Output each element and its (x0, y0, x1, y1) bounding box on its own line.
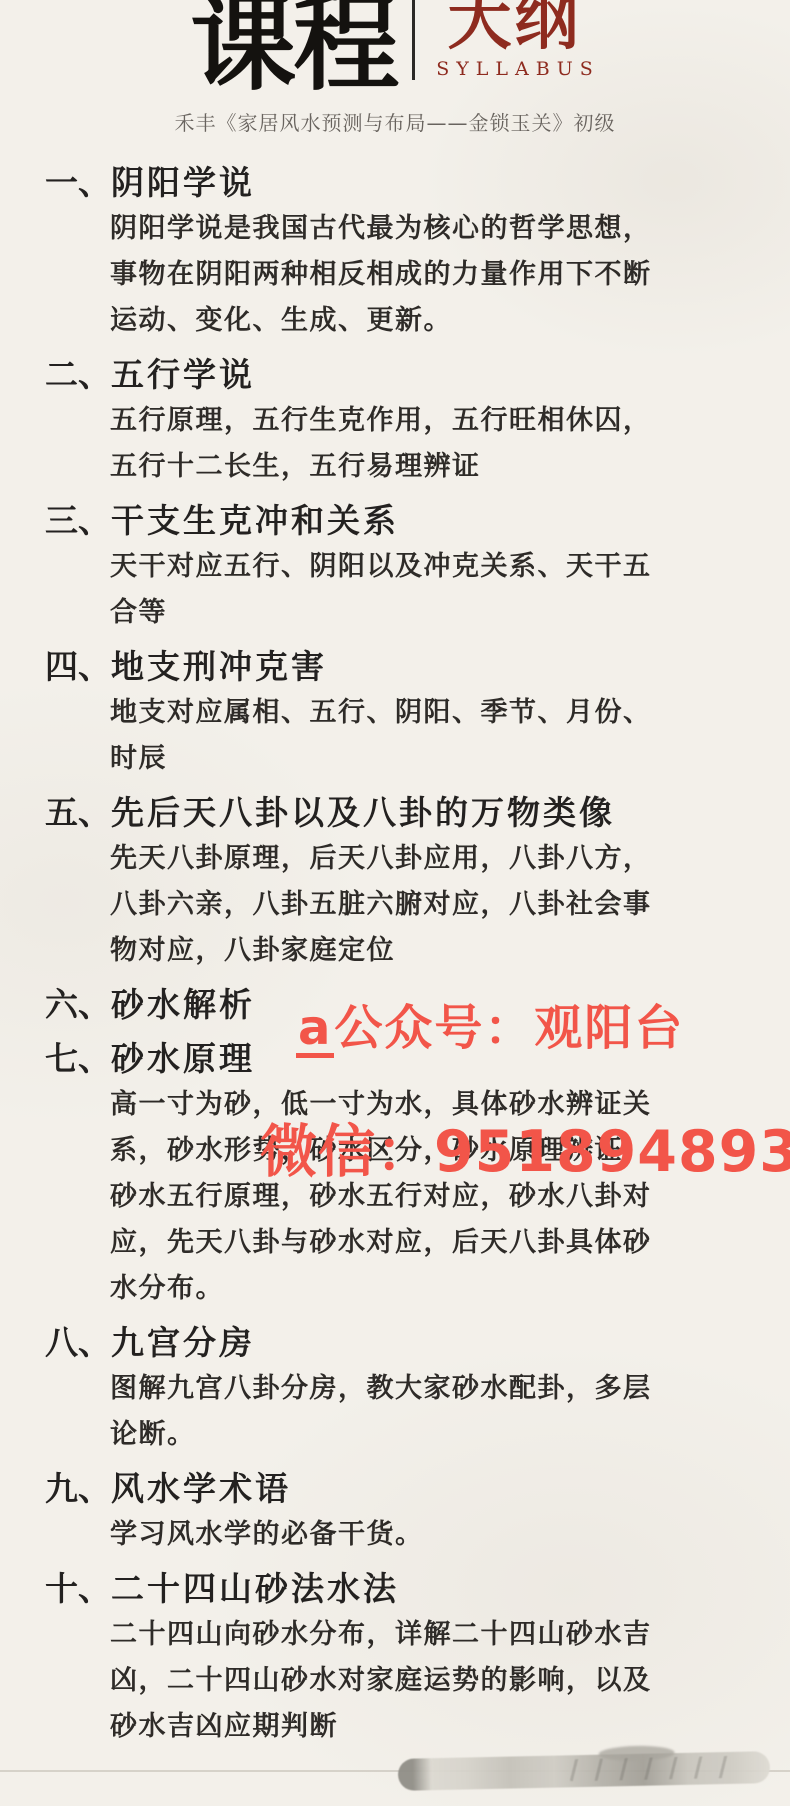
section-heading: 四、地支刑冲克害 (0, 644, 790, 690)
blurred-watermark-marks (565, 1756, 737, 1782)
section-1: 一、阴阳学说 阴阳学说是我国古代最为核心的哲学思想， 事物在阴阳两种相反相成的力… (0, 160, 790, 344)
section-title: 先后天八卦以及八卦的万物类像 (111, 790, 615, 836)
section-body: 阴阳学说是我国古代最为核心的哲学思想， 事物在阴阳两种相反相成的力量作用下不断 … (110, 206, 790, 344)
section-8: 八、九宫分房 图解九宫八卦分房，教大家砂水配卦，多层 论断。 (0, 1320, 790, 1458)
watermark-wechat-account: a公众号：观阳台 (296, 998, 684, 1058)
section-body: 先天八卦原理，后天八卦应用，八卦八方， 八卦六亲，八卦五脏六腑对应，八卦社会事 … (110, 836, 790, 974)
section-title: 砂水原理 (111, 1036, 255, 1082)
section-heading: 八、九宫分房 (0, 1320, 790, 1366)
title-right-block: 大纲 SYLLABUS (429, 0, 600, 80)
section-title: 九宫分房 (111, 1320, 255, 1366)
section-title: 地支刑冲克害 (111, 644, 327, 690)
title-main: 课程 (190, 0, 396, 103)
section-number: 四、 (45, 644, 111, 690)
section-number: 七、 (45, 1036, 111, 1082)
section-body: 二十四山向砂水分布，详解二十四山砂水吉 凶，二十四山砂水对家庭运势的影响，以及 … (110, 1612, 790, 1750)
section-3: 三、干支生克冲和关系 天干对应五行、阴阳以及冲克关系、天干五 合等 (0, 498, 790, 636)
syllabus-list: 一、阴阳学说 阴阳学说是我国古代最为核心的哲学思想， 事物在阴阳两种相反相成的力… (0, 136, 790, 1750)
section-number: 六、 (45, 982, 111, 1028)
title-english: SYLLABUS (429, 58, 600, 80)
section-body: 学习风水学的必备干货。 (110, 1512, 790, 1558)
section-number: 一、 (45, 160, 111, 206)
blurred-watermark (398, 1746, 771, 1796)
section-body: 五行原理，五行生克作用，五行旺相休囚， 五行十二长生，五行易理辨证 (110, 398, 790, 490)
course-subtitle: 禾丰《家居风水预测与布局——金锁玉关》初级 (0, 107, 790, 136)
section-title: 砂水解析 (111, 982, 255, 1028)
section-title: 五行学说 (111, 352, 255, 398)
section-heading: 二、五行学说 (0, 352, 790, 398)
section-number: 十、 (45, 1566, 111, 1612)
syllabus-poster: 课程 大纲 SYLLABUS 禾丰《家居风水预测与布局——金锁玉关》初级 一、阴… (0, 0, 790, 1806)
section-heading: 五、先后天八卦以及八卦的万物类像 (0, 790, 790, 836)
section-10: 十、二十四山砂法水法 二十四山向砂水分布，详解二十四山砂水吉 凶，二十四山砂水对… (0, 1566, 790, 1750)
section-number: 九、 (45, 1466, 111, 1512)
section-number: 八、 (45, 1320, 111, 1366)
section-9: 九、风水学术语 学习风水学的必备干货。 (0, 1466, 790, 1558)
section-body: 地支对应属相、五行、阴阳、季节、月份、 时辰 (110, 690, 790, 782)
section-4: 四、地支刑冲克害 地支对应属相、五行、阴阳、季节、月份、 时辰 (0, 644, 790, 782)
section-body: 天干对应五行、阴阳以及冲克关系、天干五 合等 (110, 544, 790, 636)
section-body: 图解九宫八卦分房，教大家砂水配卦，多层 论断。 (110, 1366, 790, 1458)
section-heading: 九、风水学术语 (0, 1466, 790, 1512)
title-row: 课程 大纲 SYLLABUS (0, 0, 790, 100)
section-number: 二、 (45, 352, 111, 398)
section-title: 干支生克冲和关系 (111, 498, 399, 544)
section-2: 二、五行学说 五行原理，五行生克作用，五行旺相休囚， 五行十二长生，五行易理辨证 (0, 352, 790, 490)
section-number: 五、 (45, 790, 111, 836)
section-number: 三、 (45, 498, 111, 544)
title-accent: 大纲 (447, 0, 581, 55)
watermark-wechat-id: 微信：951894893 (260, 1118, 790, 1186)
section-5: 五、先后天八卦以及八卦的万物类像 先天八卦原理，后天八卦应用，八卦八方， 八卦六… (0, 790, 790, 974)
section-title: 风水学术语 (111, 1466, 291, 1512)
section-title: 二十四山砂法水法 (111, 1566, 399, 1612)
header: 课程 大纲 SYLLABUS 禾丰《家居风水预测与布局——金锁玉关》初级 (0, 0, 790, 136)
section-body: 高一寸为砂，低一寸为水，具体砂水辨证关 系，砂水形势，砂水区分，砂水原理辨证， … (110, 1082, 790, 1312)
title-divider (412, 0, 415, 80)
section-heading: 三、干支生克冲和关系 (0, 498, 790, 544)
section-heading: 十、二十四山砂法水法 (0, 1566, 790, 1612)
section-heading: 一、阴阳学说 (0, 160, 790, 206)
watermark-letter-a: a (296, 1004, 334, 1058)
section-title: 阴阳学说 (111, 160, 255, 206)
watermark-account-text: 公众号：观阳台 (334, 1000, 684, 1056)
